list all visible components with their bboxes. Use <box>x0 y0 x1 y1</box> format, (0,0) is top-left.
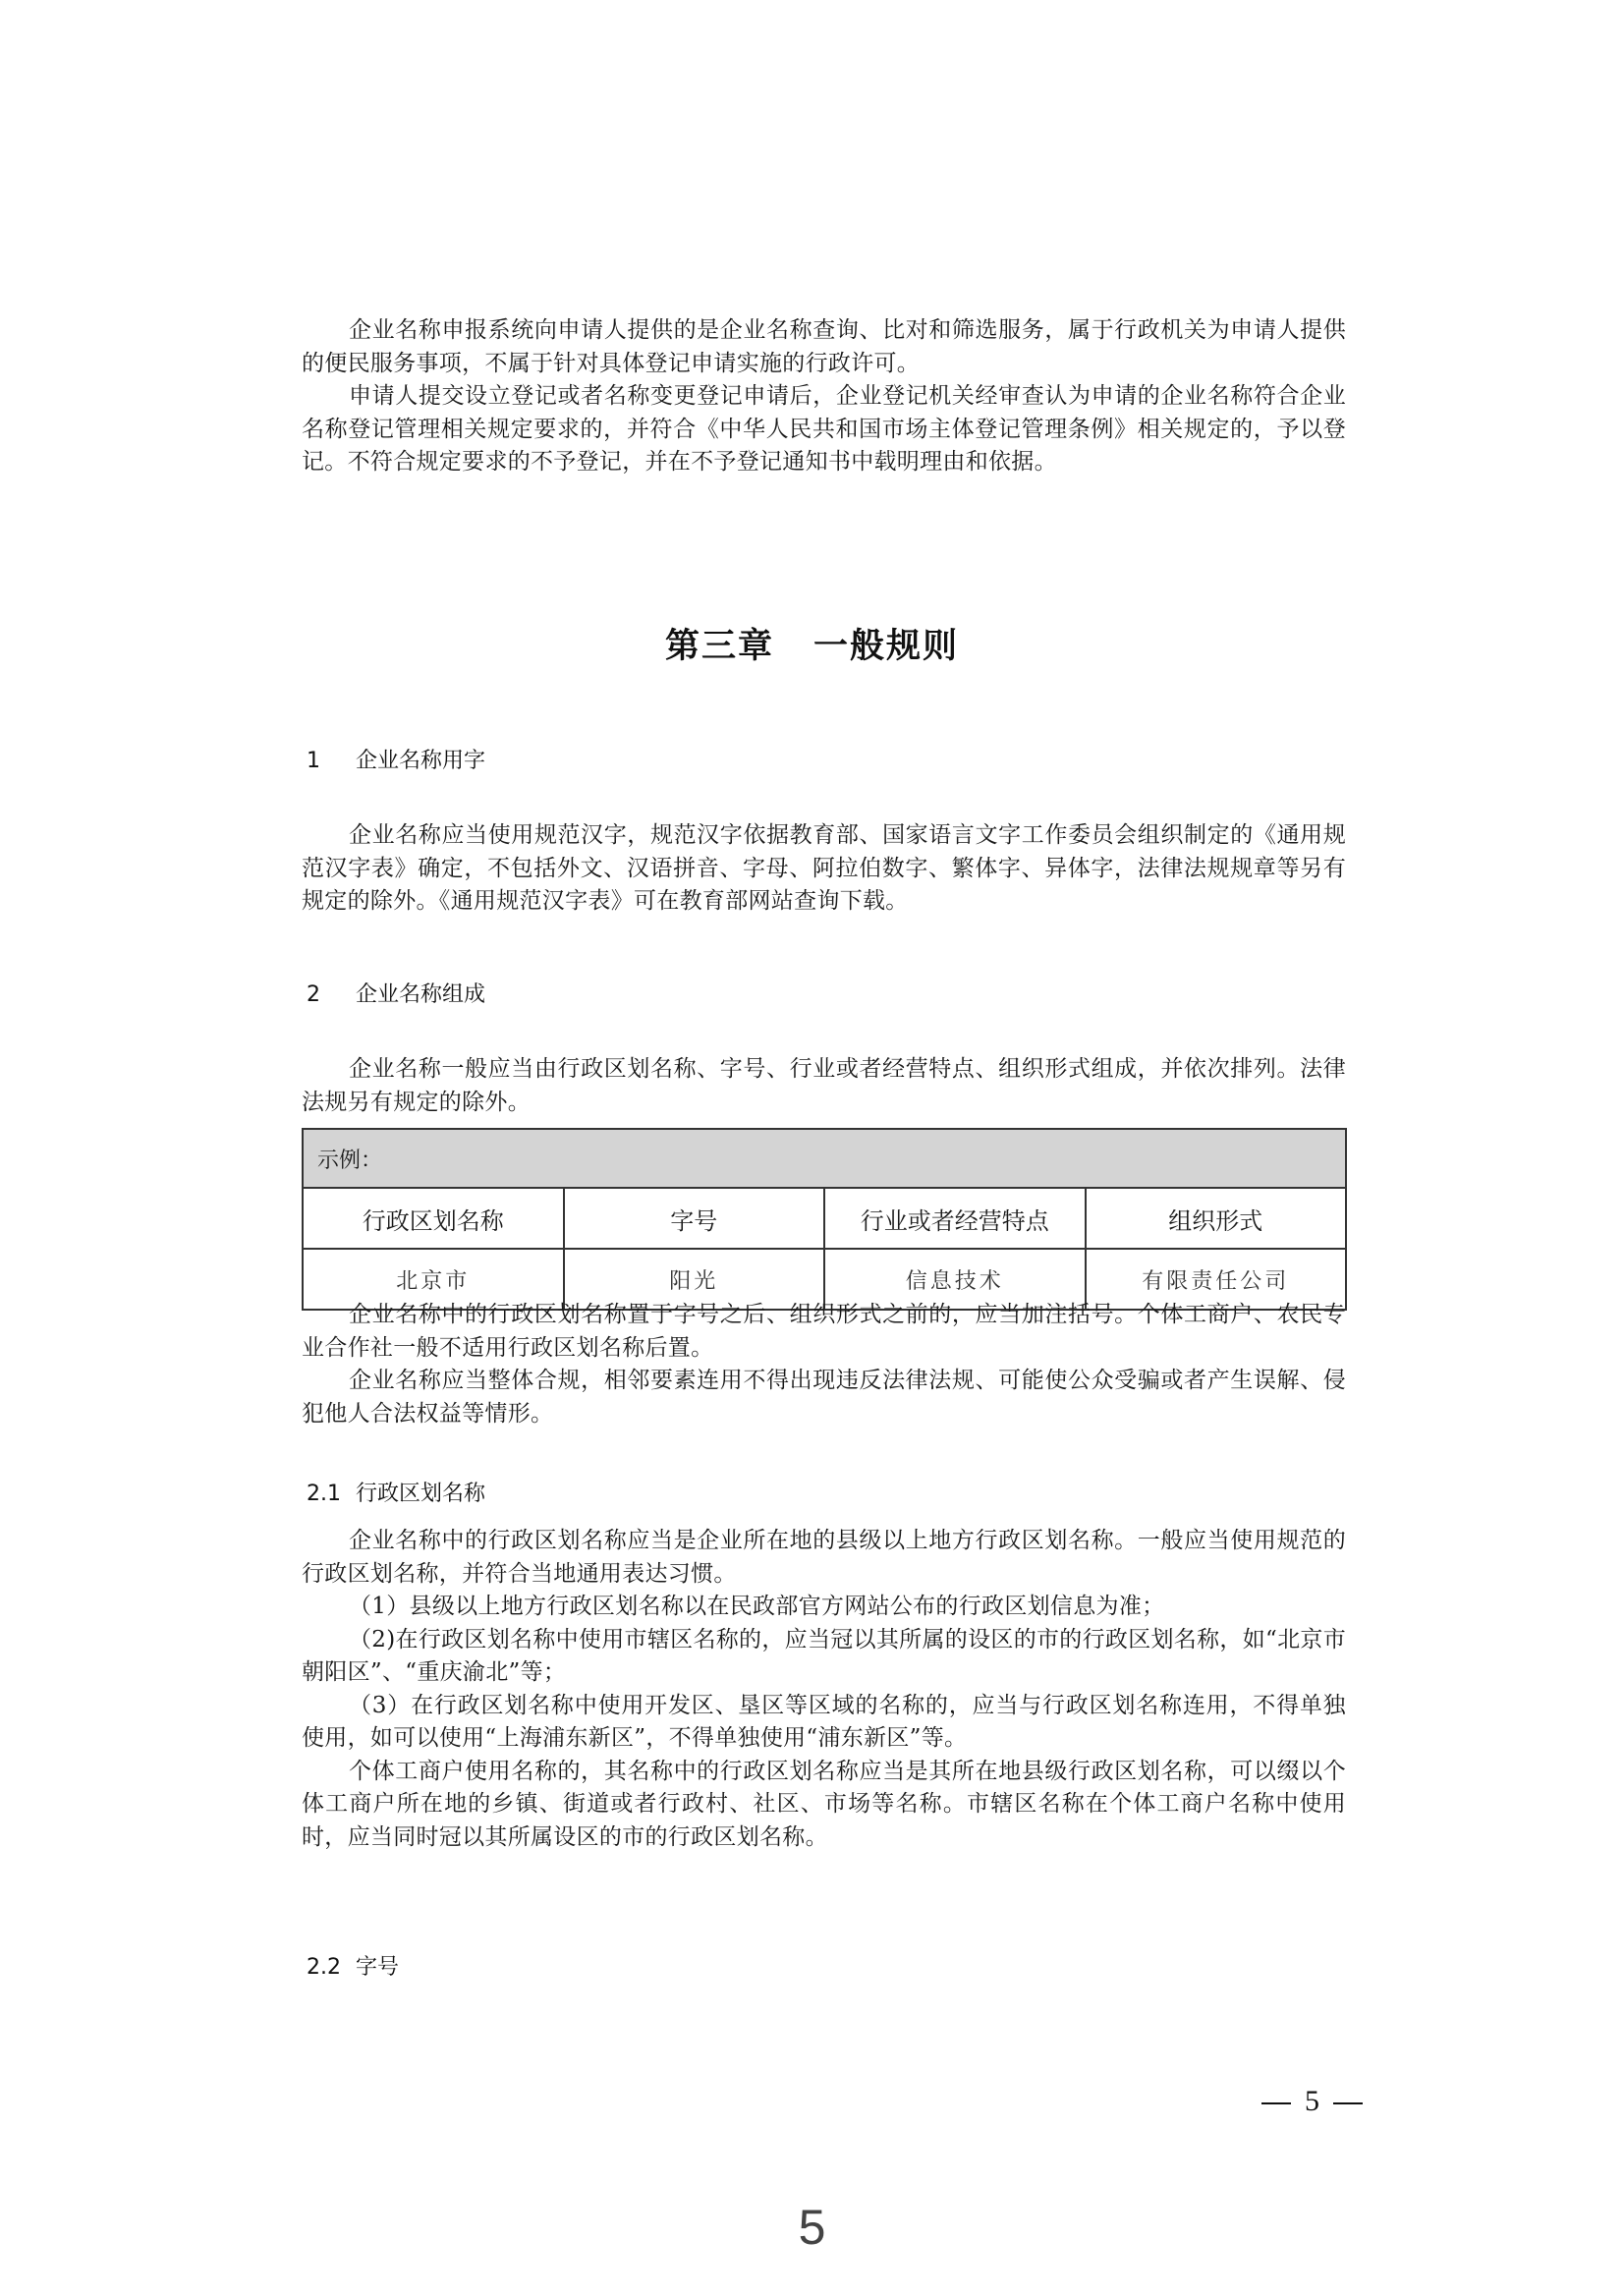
example-table: 示例： 行政区划名称 字号 行业或者经营特点 组织形式 北京市 阳光 信息技术 … <box>302 1128 1347 1311</box>
page-number: 5 <box>1248 2085 1376 2118</box>
paragraph: 企业名称应当整体合规，相邻要素连用不得出现违反法律法规、可能使公众受骗或者产生误… <box>302 1365 1346 1430</box>
chapter-name: 一般规则 <box>813 627 959 666</box>
paragraph: 申请人提交设立登记或者名称变更登记申请后，企业登记机关经审查认为申请的企业名称符… <box>302 380 1346 479</box>
section-number: 1 <box>307 749 346 773</box>
table-header-cell: 组织形式 <box>1086 1188 1347 1249</box>
dash-decoration <box>1333 2102 1363 2104</box>
section-title: 企业名称组成 <box>356 982 485 1007</box>
paragraph: （3）在行政区划名称中使用开发区、垦区等区域的名称的，应当与行政区划名称连用，不… <box>302 1690 1346 1756</box>
section-title: 企业名称用字 <box>356 749 485 773</box>
section-number: 2 <box>307 982 346 1007</box>
section-number: 2.1 <box>307 1482 346 1506</box>
paragraph: 个体工商户使用名称的，其名称中的行政区划名称应当是其所在地县级行政区划名称，可以… <box>302 1756 1346 1855</box>
section-heading: 2.2字号 <box>307 1950 399 1981</box>
section-heading: 1企业名称用字 <box>307 744 485 774</box>
document-page: 企业名称申报系统向申请人提供的是企业名称查询、比对和筛选服务，属于行政机关为申请… <box>0 0 1624 2296</box>
section-body: 企业名称中的行政区划名称应当是企业所在地的县级以上地方行政区划名称。一般应当使用… <box>302 1525 1346 1854</box>
image-page-number: 5 <box>0 2199 1624 2256</box>
table-header-row: 行政区划名称 字号 行业或者经营特点 组织形式 <box>303 1188 1346 1249</box>
section-title: 行政区划名称 <box>356 1482 485 1506</box>
section-body: 企业名称应当使用规范汉字，规范汉字依据教育部、国家语言文字工作委员会组织制定的《… <box>302 819 1346 919</box>
table-caption: 示例： <box>303 1129 1346 1188</box>
section-body: 企业名称一般应当由行政区划名称、字号、行业或者经营特点、组织形式组成，并依次排列… <box>302 1053 1346 1119</box>
paragraph: 企业名称一般应当由行政区划名称、字号、行业或者经营特点、组织形式组成，并依次排列… <box>302 1053 1346 1119</box>
chapter-number: 第三章 <box>665 627 774 666</box>
paragraph: 企业名称中的行政区划名称应当是企业所在地的县级以上地方行政区划名称。一般应当使用… <box>302 1525 1346 1591</box>
section-title: 字号 <box>356 1955 399 1980</box>
table-header-cell: 行业或者经营特点 <box>824 1188 1086 1249</box>
paragraph: （2)在行政区划名称中使用市辖区名称的，应当冠以其所属的设区的市的行政区划名称，… <box>302 1624 1346 1690</box>
section-heading: 2企业名称组成 <box>307 978 485 1008</box>
section-number: 2.2 <box>307 1955 346 1980</box>
paragraph: 企业名称中的行政区划名称置于字号之后、组织形式之前的，应当加注括号。个体工商户、… <box>302 1299 1346 1365</box>
chapter-title: 第三章一般规则 <box>0 619 1624 668</box>
dash-decoration <box>1261 2102 1291 2104</box>
section-heading: 2.1行政区划名称 <box>307 1477 485 1507</box>
table-header-cell: 行政区划名称 <box>303 1188 564 1249</box>
paragraph: 企业名称应当使用规范汉字，规范汉字依据教育部、国家语言文字工作委员会组织制定的《… <box>302 819 1346 919</box>
paragraph: （1）县级以上地方行政区划名称以在民政部官方网站公布的行政区划信息为准； <box>302 1591 1346 1624</box>
section-body: 企业名称中的行政区划名称置于字号之后、组织形式之前的，应当加注括号。个体工商户、… <box>302 1299 1346 1430</box>
intro-section: 企业名称申报系统向申请人提供的是企业名称查询、比对和筛选服务，属于行政机关为申请… <box>302 314 1346 479</box>
table-header-cell: 字号 <box>564 1188 825 1249</box>
paragraph: 企业名称申报系统向申请人提供的是企业名称查询、比对和筛选服务，属于行政机关为申请… <box>302 314 1346 380</box>
